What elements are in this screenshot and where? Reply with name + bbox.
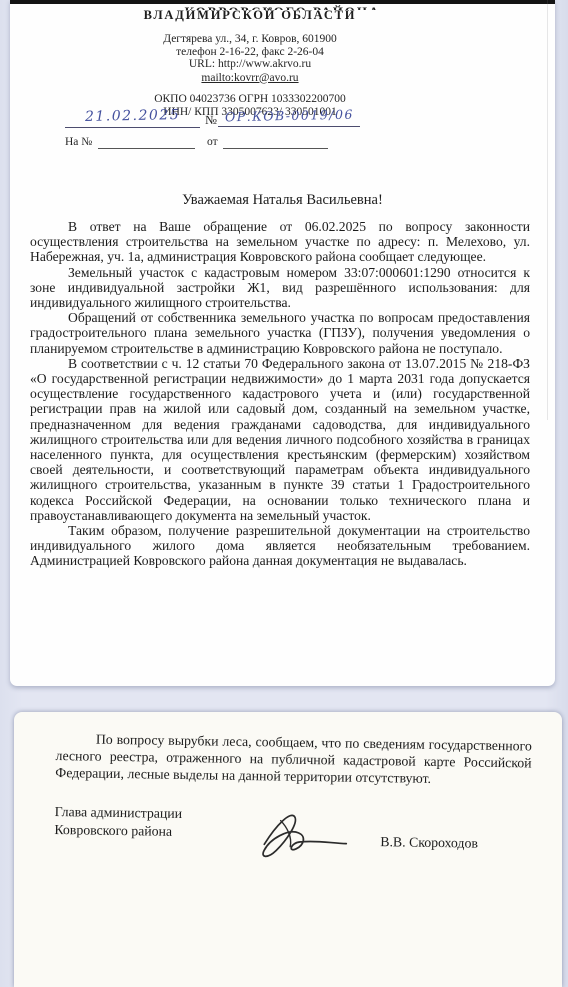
reply-date-blank-line [223, 134, 328, 149]
org-phone-line: телефон 2-16-22, факс 2-26-04 [55, 46, 445, 59]
body-paragraph-1: В ответ на Ваше обращение от 06.02.2025 … [30, 219, 530, 265]
outgoing-number-field: ОР.КОВ-0019/06 [218, 108, 360, 127]
signer-title-line-2: Ковровского района [54, 821, 182, 841]
org-address-line: Дегтярева ул., 34, г. Ковров, 601900 [55, 33, 445, 46]
outgoing-number-handwritten: ОР.КОВ-0019/06 [224, 107, 353, 125]
reply-from-label: от [207, 136, 218, 148]
forest-paragraph: По вопросу вырубки леса, сообщаем, что п… [55, 730, 532, 788]
outgoing-date-handwritten: 21.02.2025 [85, 107, 180, 125]
reply-number-blank-line [98, 134, 195, 149]
signature-row: Глава администрации Ковровского района В… [14, 802, 561, 891]
reference-row: 21.02.2025 № ОР.КОВ-0019/06 [55, 108, 385, 132]
number-sign: № [205, 113, 217, 128]
letter-page-1: КОВРОВСКОГО РАЙОНА ВЛАДИМИРСКОЙ ОБЛАСТИ … [10, 0, 555, 686]
org-okpo-ogrn-line: ОКПО 04023736 ОГРН 1033302200700 [55, 93, 445, 106]
org-url-line: URL: http://www.akrvo.ru [55, 58, 445, 71]
org-region-line: ВЛАДИМИРСКОЙ ОБЛАСТИ [55, 8, 445, 23]
signature-scribble [234, 806, 350, 870]
body-paragraph-4: В соответствии с ч. 12 статьи 70 Федерал… [30, 356, 530, 523]
org-email-line: mailto:kovrr@avo.ru [55, 72, 445, 85]
reply-reference-row: На № от [55, 134, 385, 152]
letterhead-spacer [55, 84, 445, 93]
page-2-content: По вопросу вырубки леса, сообщаем, что п… [14, 712, 562, 891]
letter-page-2: По вопросу вырубки леса, сообщаем, что п… [14, 712, 562, 987]
letter-body: В ответ на Ваше обращение от 06.02.2025 … [30, 219, 530, 569]
reply-to-label: На № [65, 136, 92, 148]
scanned-letter-viewport: КОВРОВСКОГО РАЙОНА ВЛАДИМИРСКОЙ ОБЛАСТИ … [0, 0, 568, 987]
salutation-line: Уважаемая Наталья Васильевна! [10, 192, 555, 209]
body-paragraph-5: Таким образом, получение разрешительной … [30, 523, 530, 569]
body-paragraph-2: Земельный участок с кадастровым номером … [30, 265, 530, 311]
letterhead-block: ВЛАДИМИРСКОЙ ОБЛАСТИ Дегтярева ул., 34, … [55, 8, 445, 118]
signer-title: Глава администрации Ковровского района [54, 803, 182, 841]
body-paragraph-3: Обращений от собственника земельного уча… [30, 310, 530, 356]
signer-name: В.В. Скороходов [380, 834, 478, 852]
signer-title-line-1: Глава администрации [55, 803, 183, 823]
outgoing-date-field: 21.02.2025 [65, 108, 200, 128]
